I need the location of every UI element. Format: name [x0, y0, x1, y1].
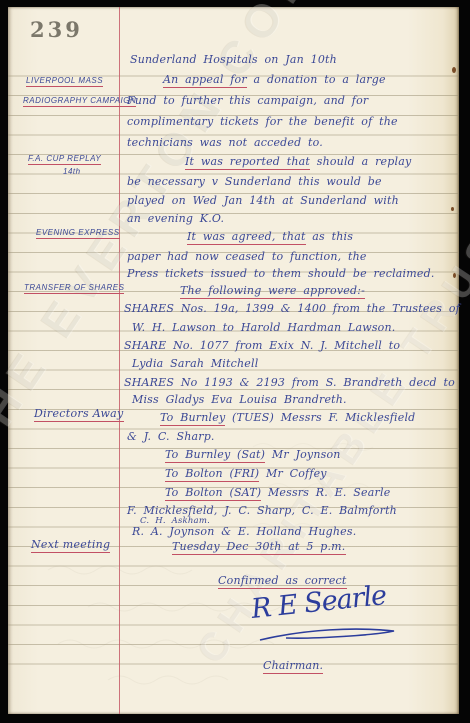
body-line: To Bolton (SAT) Messrs R. E. Searle — [165, 486, 390, 499]
body-line: Miss Gladys Eva Louisa Brandreth. — [132, 393, 347, 406]
margin-note-liverpool-mass: LIVERPOOL MASS — [26, 76, 103, 87]
margin-note-fa-cup-replay: F.A. CUP REPLAY — [28, 154, 101, 165]
margin-note-replay-date: 14th — [63, 167, 81, 177]
body-line: The following were approved:- — [180, 284, 365, 297]
margin-note-radiography-campaign: RADIOGRAPHY CAMPAIGN — [23, 96, 136, 107]
body-line: played on Wed Jan 14th at Sunderland wit… — [127, 194, 399, 207]
body-line: An appeal for a donation to a large — [163, 73, 386, 86]
body-line: be necessary v Sunderland this would be — [127, 175, 382, 188]
body-line: It was reported that should a replay — [185, 155, 411, 168]
body-line: paper had now ceased to function, the — [127, 250, 367, 263]
body-line: To Burnley (Sat) Mr Joynson — [165, 448, 341, 461]
scanned-minute-book-photo: THE EVERTON COLLECTION CHARITABLE TRUST … — [0, 0, 470, 723]
body-line: To Burnley (TUES) Messrs F. Micklesfield — [160, 411, 415, 424]
page-number-stamp: 239 — [30, 17, 83, 42]
margin-note-evening-express: EVENING EXPRESS — [36, 228, 120, 239]
body-line: Sunderland Hospitals on Jan 10th — [130, 53, 337, 66]
body-line: complimentary tickets for the benefit of… — [127, 115, 398, 128]
body-line: W. H. Lawson to Harold Hardman Lawson. — [132, 321, 395, 334]
fore-edge-speck — [453, 273, 456, 278]
body-line: Press tickets issued to them should be r… — [127, 267, 435, 280]
minute-book-page: THE EVERTON COLLECTION CHARITABLE TRUST … — [8, 7, 459, 714]
body-line: SHARE No. 1077 from Exix N. J. Mitchell … — [124, 339, 400, 352]
body-line: an evening K.O. — [127, 212, 224, 225]
next-meeting-line: Tuesday Dec 30th at 5 p.m. — [172, 540, 346, 553]
margin-note-directors-away: Directors Away — [34, 407, 124, 422]
margin-note-transfer-of-shares: TRANSFER OF SHARES — [24, 283, 124, 294]
margin-note-next-meeting: Next meeting — [31, 538, 110, 553]
body-line: & J. C. Sharp. — [127, 430, 215, 443]
body-line: SHARES No 1193 & 2193 from S. Brandreth … — [124, 376, 455, 389]
body-line: technicians was not acceded to. — [127, 136, 323, 149]
body-line: Lydia Sarah Mitchell — [132, 357, 258, 370]
signature-flourish — [256, 625, 406, 645]
body-line: To Bolton (FRI) Mr Coffey — [165, 467, 327, 480]
chairman-label: Chairman. — [263, 659, 323, 672]
body-line: SHARES Nos. 19a, 1399 & 1400 from the Tr… — [124, 302, 460, 315]
body-line: Fund to further this campaign, and for — [127, 94, 368, 107]
fore-edge-speck — [452, 67, 456, 73]
body-line: R. A. Joynson & E. Holland Hughes. — [132, 525, 356, 538]
body-line: It was agreed, that as this — [187, 230, 353, 243]
fore-edge-speck — [451, 207, 454, 211]
